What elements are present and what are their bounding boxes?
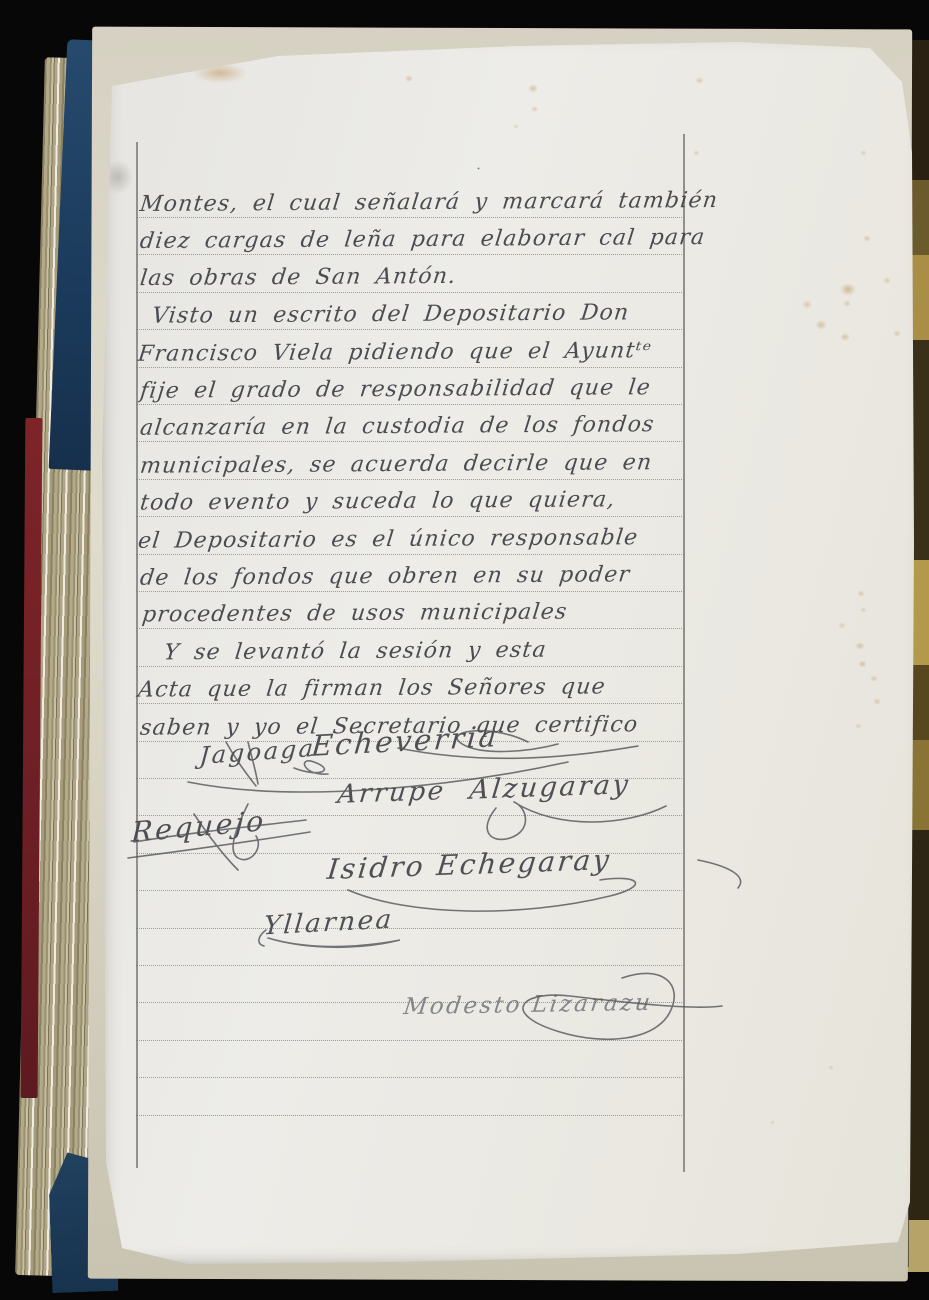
photo-background: Montes, el cual señalará y marcará tambi… bbox=[0, 0, 929, 1300]
signature: Isidro Echegaray bbox=[326, 843, 613, 886]
manuscript-text-line: las obras de San Antón. bbox=[138, 264, 458, 296]
manuscript-page: Montes, el cual señalará y marcará tambi… bbox=[98, 42, 914, 1264]
manuscript-text-line: de los fondos que obren en su poder bbox=[138, 562, 632, 595]
manuscript-text-line: municipales, se acuerda decirle que en bbox=[138, 450, 654, 484]
signature: Arrupe bbox=[336, 776, 447, 810]
manuscript-text-line: Y se levantó la sesión y esta bbox=[162, 637, 548, 670]
signature: Yllarnea bbox=[262, 905, 395, 942]
manuscript-text-line: el Depositario es el único responsable bbox=[136, 525, 640, 558]
manuscript-text-line: Acta que la firman los Señores que bbox=[136, 675, 607, 708]
manuscript-text-line: todo evento y suceda lo que quiera, bbox=[138, 488, 617, 521]
signature: Requejo bbox=[131, 804, 267, 848]
manuscript-text-line: fije el grado de responsabilidad que le bbox=[138, 375, 652, 409]
manuscript-text-line: Montes, el cual señalará y marcará tambi… bbox=[138, 188, 720, 222]
manuscript-text-line: alcanzaría en la custodia de los fondos bbox=[138, 413, 656, 447]
manuscript-text-line: procedentes de usos municipales bbox=[140, 600, 569, 633]
manuscript-text-line: Francisco Viela pidiendo que el Ayuntᵗᵉ bbox=[136, 338, 653, 372]
manuscript-text-line: diez cargas de leña para elaborar cal pa… bbox=[138, 225, 707, 259]
manuscript-text-line: Visto un escrito del Depositario Don bbox=[150, 301, 631, 334]
handwriting-layer: Montes, el cual señalará y marcará tambi… bbox=[98, 42, 914, 1264]
signature: Modesto Lizarazu bbox=[402, 990, 654, 1020]
signature: Alzugaray bbox=[468, 769, 632, 806]
